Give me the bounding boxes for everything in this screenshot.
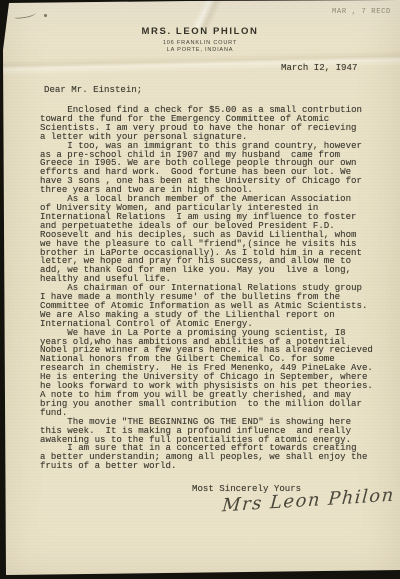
letter-paragraph: As a local branch member of the American… xyxy=(40,195,382,284)
letter-date: March I2, I947 xyxy=(281,63,357,72)
letter-paragraph: Enclosed find a check for $5.00 as a sma… xyxy=(40,106,382,142)
pen-scratch-mark xyxy=(14,10,37,20)
letter-paragraph: I am sure that in a concerted effort tow… xyxy=(40,444,382,471)
letter-body: Enclosed find a check for $5.00 as a sma… xyxy=(40,106,382,471)
letterhead-address-line1: 106 FRANKLIN COURT xyxy=(0,40,400,46)
pen-dot-mark xyxy=(44,14,47,17)
letter-paragraph: We have in La Porte a promising young sc… xyxy=(40,329,382,418)
letter-paragraph: As chairman of our International Relatio… xyxy=(40,284,382,329)
letter-paragraph: The movie "THE BEGINNING OG THE END" is … xyxy=(40,418,382,445)
paper-fold-crease-top xyxy=(172,0,242,28)
letter-paragraph: I too, was an immigrant to this grand co… xyxy=(40,142,382,195)
letterhead: MRS. LEON PHILON 106 FRANKLIN COURT LA P… xyxy=(0,26,400,53)
received-date-stamp: MAR , 7 RECD xyxy=(332,8,391,16)
letterhead-address-line2: LA PORTE, INDIANA xyxy=(0,47,400,53)
letterhead-name: MRS. LEON PHILON xyxy=(0,26,400,37)
scanned-letter-page: { "colors": { "background": "#14120d", "… xyxy=(0,0,400,579)
letter-salutation: Dear Mr. Einstein; xyxy=(44,85,142,94)
letter-paper: MAR , 7 RECD MRS. LEON PHILON 106 FRANKL… xyxy=(0,0,400,579)
